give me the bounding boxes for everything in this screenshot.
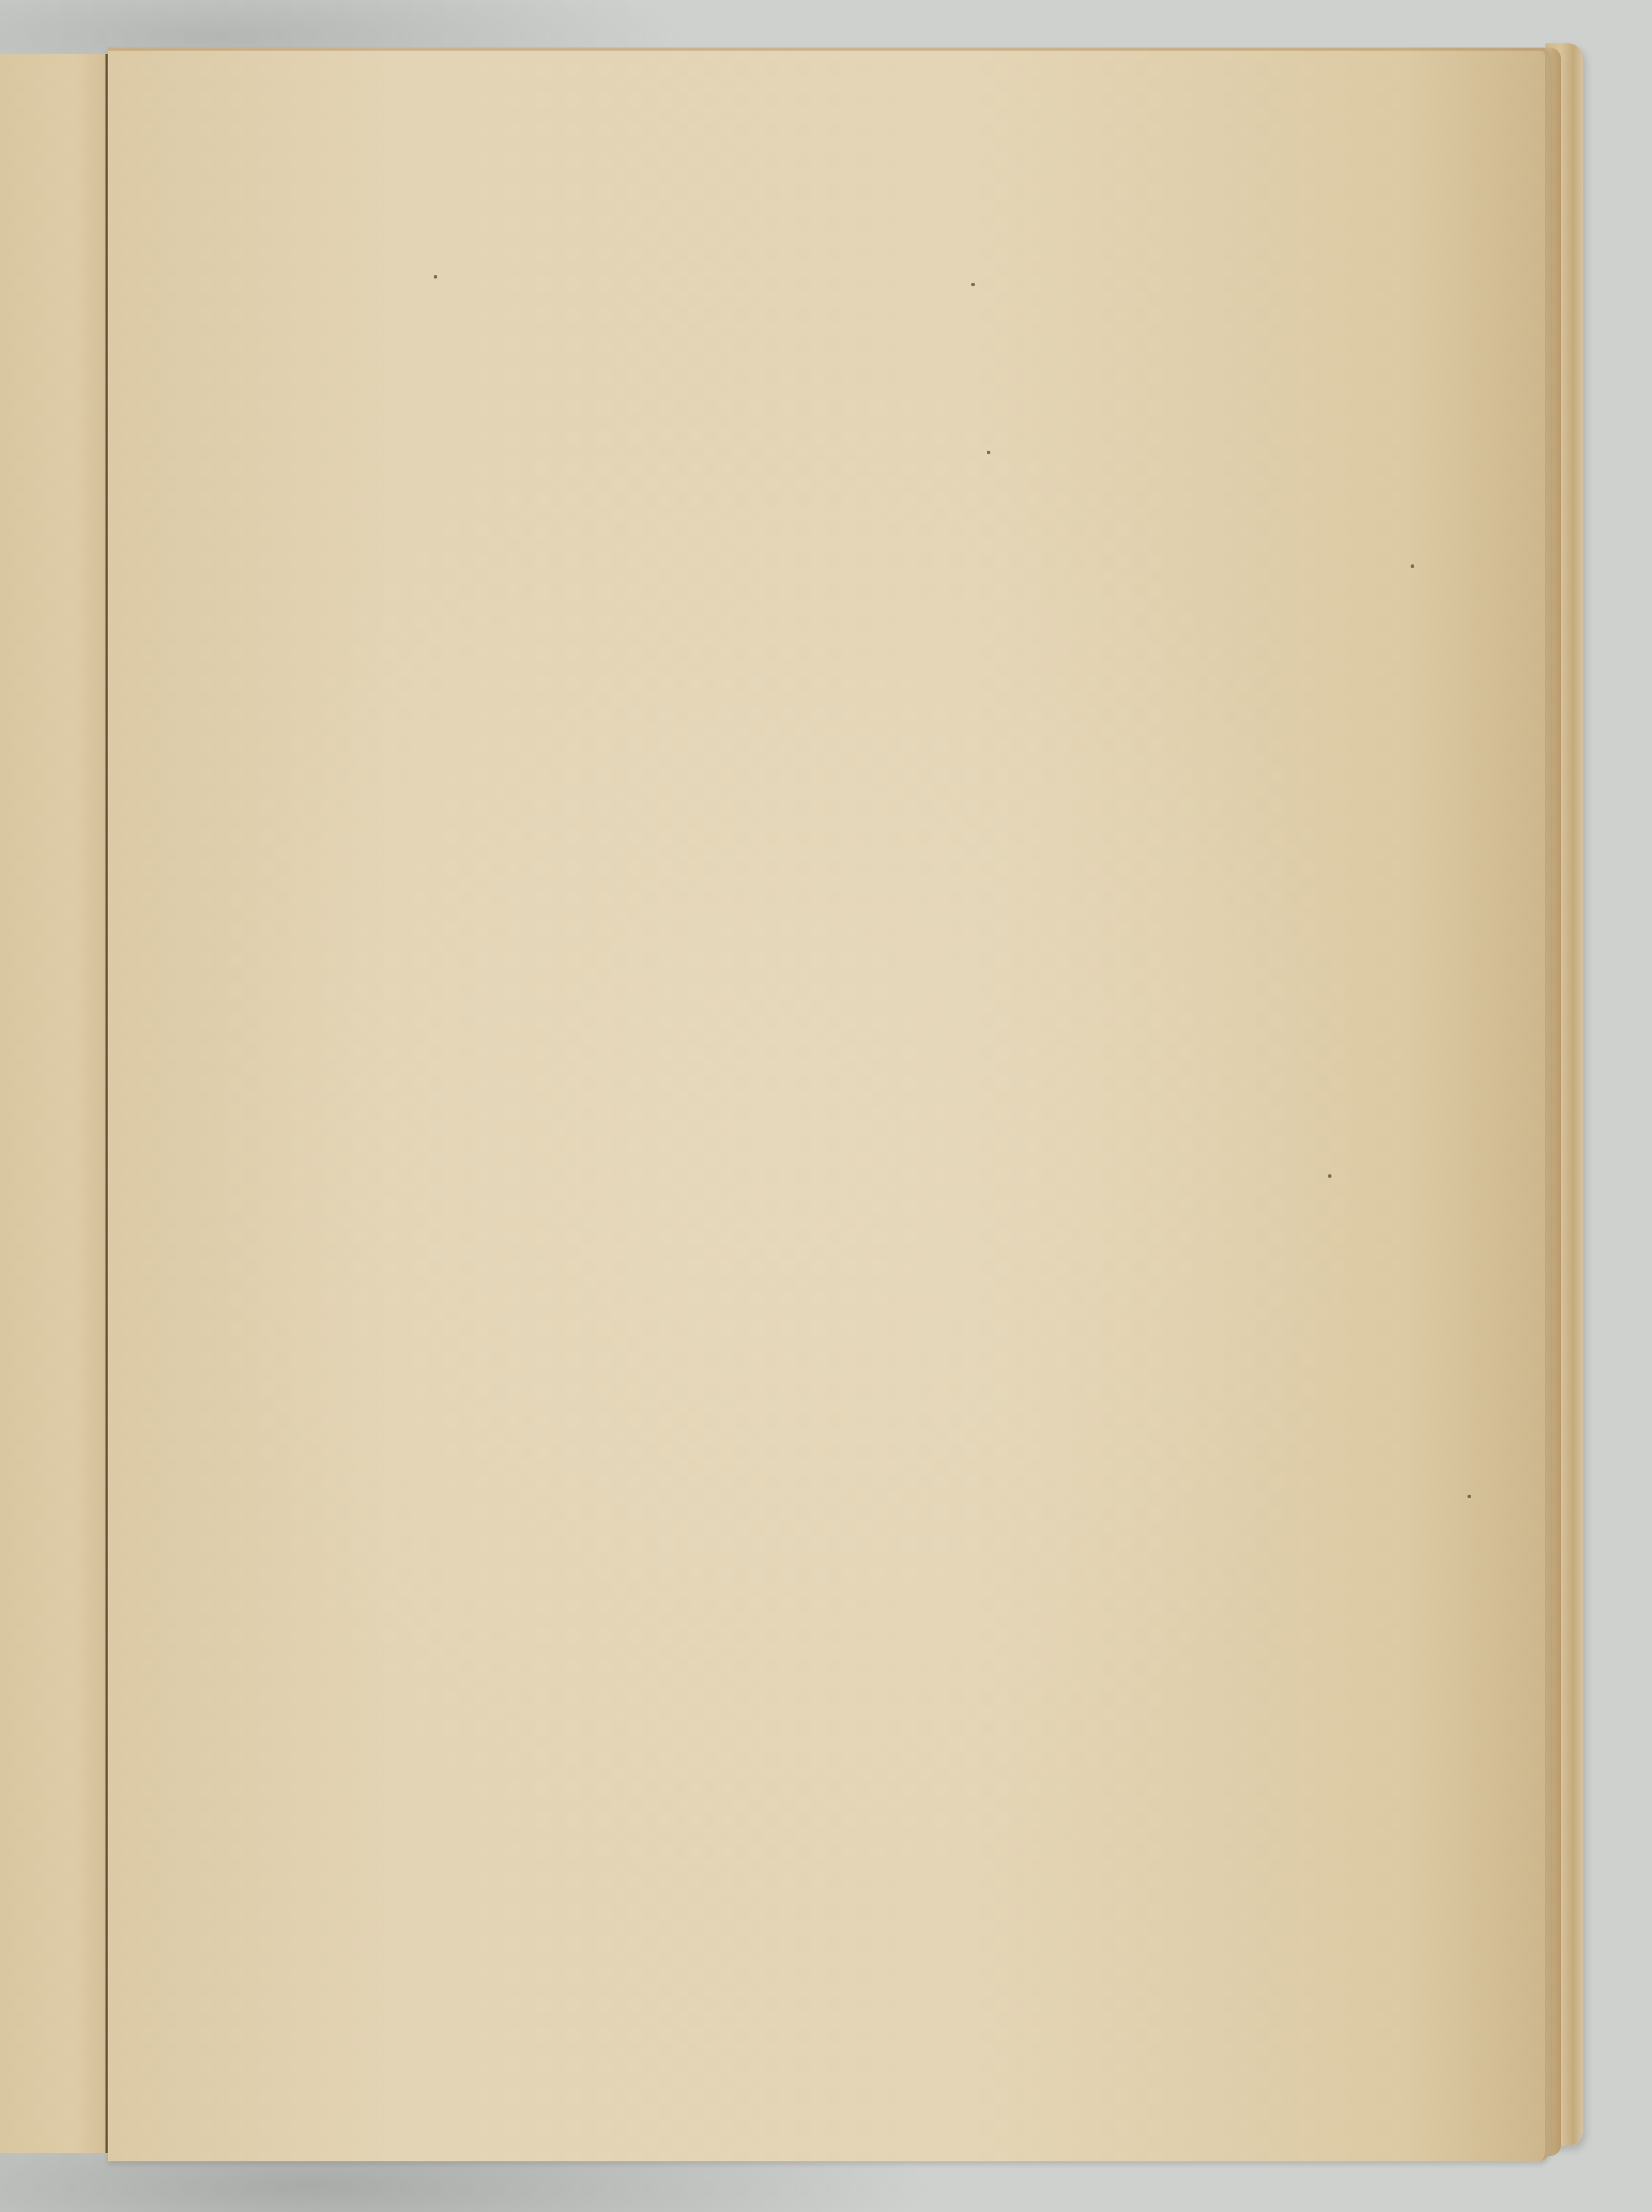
right-page	[108, 48, 1550, 2161]
left-page	[0, 54, 107, 2153]
spine-gutter	[105, 54, 108, 2153]
foxing-spot	[987, 451, 990, 454]
foxing-spot	[434, 275, 437, 279]
foxing-spot	[971, 283, 975, 286]
foxing-spot	[1411, 564, 1414, 568]
foxing-spot	[1467, 1495, 1471, 1498]
foxing-spot	[1328, 1174, 1332, 1178]
